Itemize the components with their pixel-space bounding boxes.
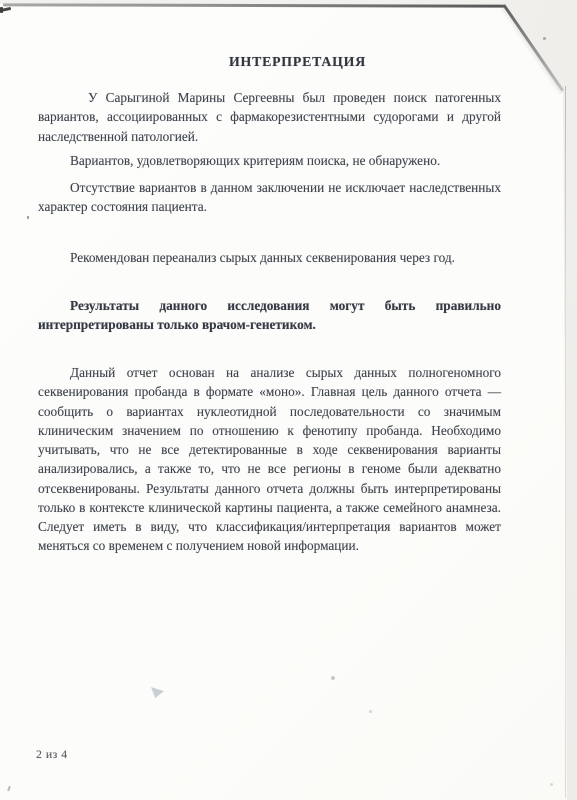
paragraph-search-summary: У Сарыгиной Марины Сергеевны был проведе… bbox=[38, 88, 501, 146]
page-title: ИНТЕРПРЕТАЦИЯ bbox=[38, 54, 529, 70]
staple-mark-tail bbox=[0, 7, 3, 13]
scanned-page: ИНТЕРПРЕТАЦИЯ У Сарыгиной Марины Сергеев… bbox=[0, 0, 577, 800]
paragraph-no-variants-found: Вариантов, удовлетворяющих критериям пои… bbox=[38, 151, 501, 170]
paragraph-geneticist-interpretation-note: Результаты данного исследования могут бы… bbox=[38, 296, 501, 335]
paragraph-reanalysis-recommendation: Рекомендован переанализ сырых данных сек… bbox=[38, 248, 501, 267]
scan-speck bbox=[543, 37, 546, 40]
page-number: 2 из 4 bbox=[36, 747, 68, 762]
paragraph-absence-disclaimer: Отсутствие вариантов в данном заключении… bbox=[38, 178, 501, 217]
paragraph-report-basis-disclaimer: Данный отчет основан на анализе сырых да… bbox=[38, 363, 501, 556]
